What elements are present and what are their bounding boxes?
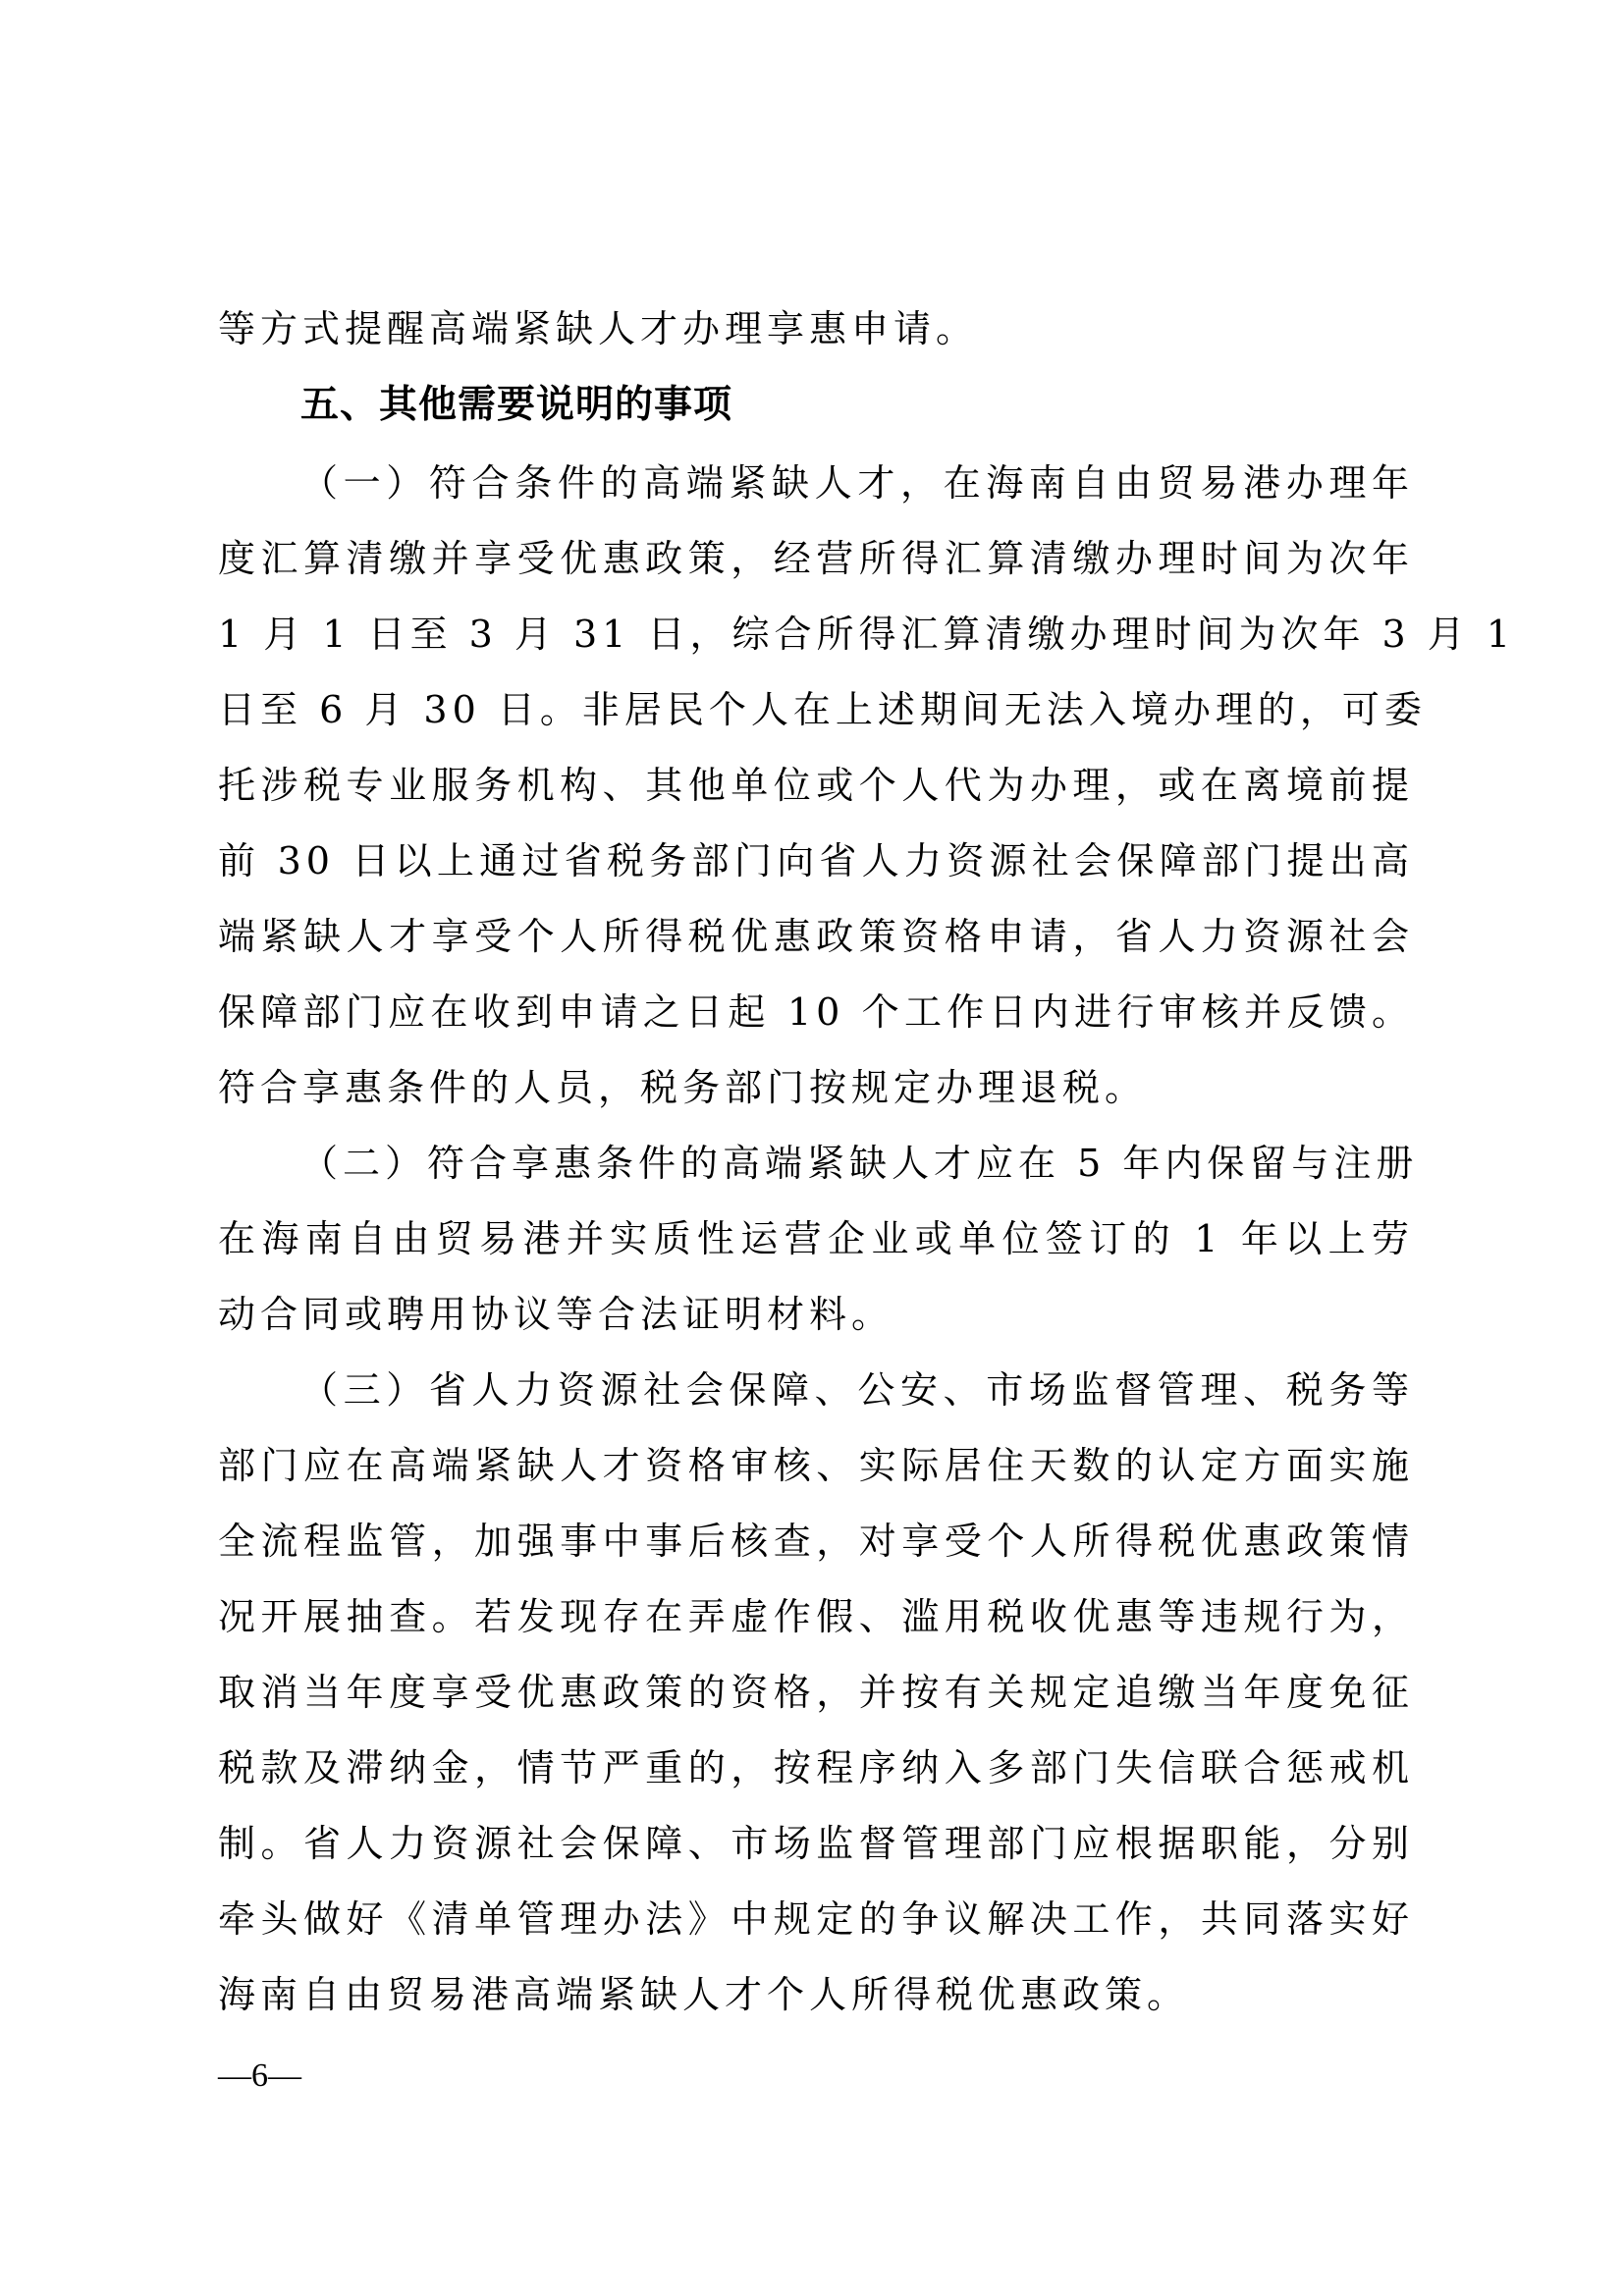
paragraph-line: 部门应在高端紧缺人才资格审核、实际居住天数的认定方面实施: [218, 1436, 1414, 1495]
paragraph-line: 牵头做好《清单管理办法》中规定的争议解决工作，共同落实好: [218, 1890, 1414, 1949]
continuation-line: 等方式提醒高端紧缺人才办理享惠申请。: [218, 299, 1414, 358]
paragraph-line: 全流程监管，加强事中事后核查，对享受个人所得税优惠政策情: [218, 1512, 1414, 1571]
paragraph-line: 符合享惠条件的人员，税务部门按规定办理退税。: [218, 1058, 1414, 1117]
paragraph-line: 在海南自由贸易港并实质性运营企业或单位签订的 1 年以上劳: [218, 1209, 1414, 1268]
paragraph-line: 动合同或聘用协议等合法证明材料。: [218, 1285, 1414, 1344]
paragraph-line: 海南自由贸易港高端紧缺人才个人所得税优惠政策。: [218, 1965, 1414, 2024]
page-number: —6—: [218, 2056, 301, 2096]
paragraph-line: （一）符合条件的高端紧缺人才，在海南自由贸易港办理年: [218, 454, 1414, 512]
paragraph-line: 日至 6 月 30 日。非居民个人在上述期间无法入境办理的，可委: [218, 680, 1414, 739]
paragraph-line: 前 30 日以上通过省税务部门向省人力资源社会保障部门提出高: [218, 831, 1414, 890]
paragraph-line: 托涉税专业服务机构、其他单位或个人代为办理，或在离境前提: [218, 756, 1414, 815]
paragraph-line: 制。省人力资源社会保障、市场监督管理部门应根据职能，分别: [218, 1814, 1414, 1873]
paragraph-line: 端紧缺人才享受个人所得税优惠政策资格申请，省人力资源社会: [218, 907, 1414, 966]
paragraph-line: 度汇算清缴并享受优惠政策，经营所得汇算清缴办理时间为次年: [218, 529, 1414, 588]
paragraph-line: （三）省人力资源社会保障、公安、市场监督管理、税务等: [218, 1361, 1414, 1419]
paragraph-line: 保障部门应在收到申请之日起 10 个工作日内进行审核并反馈。: [218, 983, 1414, 1041]
paragraph-line: （二）符合享惠条件的高端紧缺人才应在 5 年内保留与注册: [218, 1134, 1414, 1193]
paragraph-line: 1 月 1 日至 3 月 31 日，综合所得汇算清缴办理时间为次年 3 月 1: [218, 605, 1414, 664]
paragraph-line: 况开展抽查。若发现存在弄虚作假、滥用税收优惠等违规行为，: [218, 1587, 1414, 1646]
paragraph-line: 取消当年度享受优惠政策的资格，并按有关规定追缴当年度免征: [218, 1663, 1414, 1722]
section-heading: 五、其他需要说明的事项: [300, 376, 732, 435]
paragraph-line: 税款及滞纳金，情节严重的，按程序纳入多部门失信联合惩戒机: [218, 1738, 1414, 1797]
